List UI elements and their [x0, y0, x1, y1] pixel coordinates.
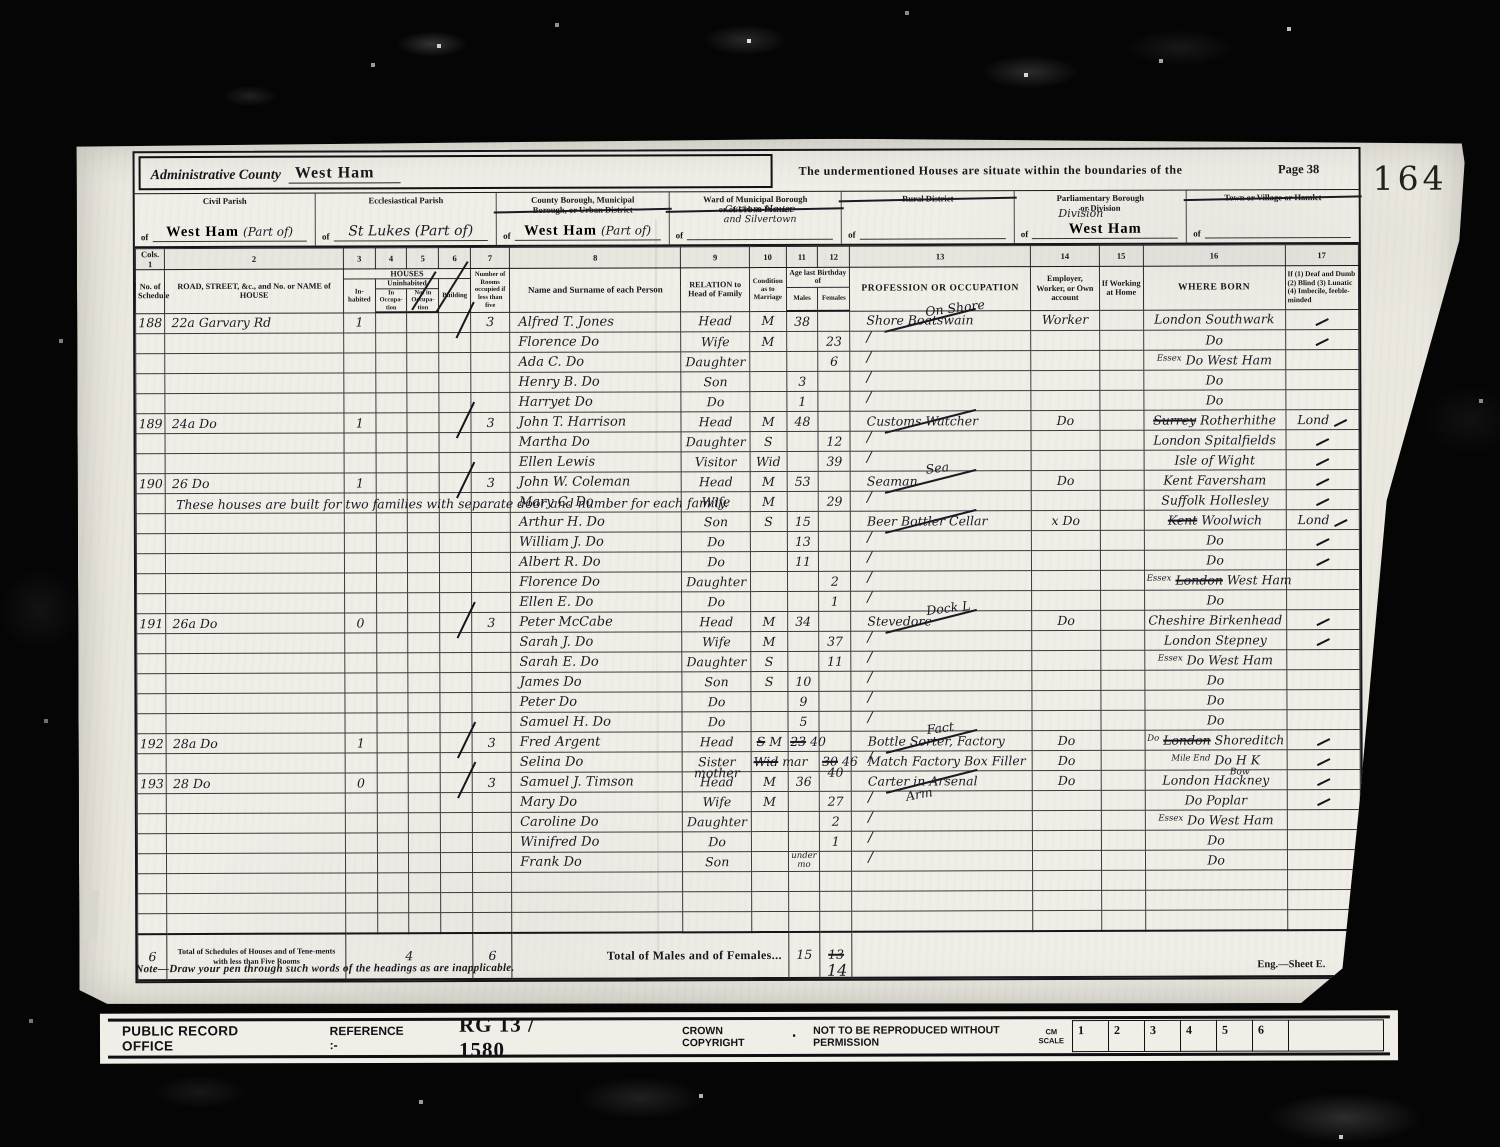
- cell-name: Caroline Do: [512, 812, 683, 833]
- cell-at-home: [1101, 830, 1145, 850]
- reproduction-notice: NOT TO BE REPRODUCED WITHOUT PERMISSION: [813, 1024, 1038, 1049]
- cell-rooms: [473, 852, 512, 872]
- cell-age-female: [819, 671, 851, 691]
- cell-uninhabited-not: [408, 513, 440, 533]
- cell-road: [165, 373, 344, 394]
- cell-uninhabited-not: [408, 553, 440, 573]
- col-males: Males: [786, 287, 818, 311]
- cell-inhabited: [345, 813, 377, 833]
- cell-schedule: [137, 694, 166, 714]
- cell-uninhabited-occ: [377, 753, 409, 773]
- cell-building: [440, 513, 472, 533]
- col-not-in-occupation: Not in Occupa-tion: [407, 289, 439, 313]
- scale-cell: 3: [1144, 1020, 1180, 1052]
- cell-where-born: London Stepney: [1144, 630, 1286, 650]
- cell-infirmity: [1286, 689, 1360, 709]
- cell-name: Florence Do: [510, 332, 681, 353]
- cell-employer: [1032, 670, 1101, 690]
- cell-occupation: /: [852, 811, 1033, 832]
- undermentioned-text: The undermentioned Houses are situate wi…: [773, 149, 1239, 191]
- cell-age-female: 37: [819, 631, 851, 651]
- cell-uninhabited-occ: [376, 433, 408, 453]
- cell-inhabited: 1: [344, 413, 376, 433]
- cell-employer: Do: [1031, 470, 1100, 490]
- cell-schedule: [136, 494, 165, 514]
- cell-name: Sarah J. Do: [511, 632, 682, 653]
- cell-condition: M: [751, 631, 788, 651]
- cell-where-born: Surrey Rotherhithe: [1144, 410, 1286, 430]
- cell-relation: Head: [681, 311, 750, 332]
- cell-where-born: Do: [1143, 370, 1285, 390]
- cell-where-born: Mile End Do H KBow: [1145, 750, 1287, 770]
- cell-uninhabited-not: [409, 773, 441, 793]
- cell-schedule: 193: [137, 774, 166, 794]
- cell-building: [440, 553, 472, 573]
- cell-schedule: [137, 594, 166, 614]
- cell-name: Harryet Do: [510, 392, 681, 413]
- cell-where-born: Essex Do West Ham: [1143, 350, 1285, 370]
- cell-road: These houses are built for two families …: [166, 493, 345, 514]
- cell-inhabited: [345, 793, 377, 813]
- cell-age-female: 12: [818, 431, 850, 451]
- cell-infirmity: [1286, 669, 1360, 689]
- cell-name: Martha Do: [510, 432, 681, 453]
- cell-condition: Wid: [750, 451, 787, 471]
- scale-cell-empty: [1288, 1019, 1384, 1051]
- cell-name: Ada C. Do: [510, 352, 681, 373]
- cell-age-male: 15: [787, 511, 819, 531]
- cell-uninhabited-not: [407, 393, 439, 413]
- cell-infirmity: [1285, 389, 1359, 409]
- cell-uninhabited-occ: [376, 453, 408, 473]
- record-office-label: PUBLIC RECORD OFFICE: [122, 1023, 274, 1053]
- cell-relation: Do: [681, 392, 750, 412]
- cell-relation: Wife: [683, 792, 752, 812]
- cell-uninhabited-occ: [376, 513, 408, 533]
- cell-schedule: [136, 454, 165, 474]
- cell-age-female: [819, 531, 851, 551]
- cell-employer: [1031, 370, 1100, 390]
- cell-where-born: Suffolk Hollesley: [1144, 490, 1286, 510]
- field-parliamentary-borough: Parliamentary Borough or Division of Div…: [1015, 191, 1188, 244]
- cell-condition: [750, 371, 787, 391]
- reference-label: REFERENCE :-: [330, 1024, 405, 1052]
- cell-uninhabited-not: [407, 433, 439, 453]
- cell-schedule: [137, 834, 166, 854]
- cell-employer: [1032, 790, 1101, 810]
- cell-inhabited: [345, 633, 377, 653]
- cell-inhabited: [344, 453, 376, 473]
- cell-infirmity: [1287, 809, 1361, 829]
- cell-rooms: [472, 752, 511, 772]
- cell-age-male: 53: [787, 471, 819, 491]
- cell-schedule: [136, 514, 165, 534]
- cell-uninhabited-occ: [377, 813, 409, 833]
- cell-infirmity: [1286, 569, 1360, 589]
- cell-employer: [1032, 570, 1101, 590]
- cell-infirmity: [1286, 629, 1360, 649]
- cell-rooms: [472, 572, 511, 592]
- cell-employer: [1032, 710, 1101, 730]
- footnote-text: Note—Draw your pen through such words of…: [135, 962, 514, 975]
- cell-uninhabited-not: [408, 633, 440, 653]
- cell-rooms: [471, 532, 510, 552]
- cell-age-female: 23: [818, 331, 850, 351]
- cell-condition: [751, 711, 788, 731]
- cell-infirmity: [1286, 429, 1360, 449]
- cell-road: [166, 673, 345, 694]
- cell-condition: M: [750, 411, 787, 431]
- torn-edge-sliver: [84, 889, 99, 940]
- cell-road: 22a Garvary Rd: [165, 313, 344, 334]
- cell-at-home: [1101, 770, 1145, 790]
- cell-schedule: [137, 854, 166, 874]
- col-age-group: Age last Birthday of: [786, 267, 850, 287]
- cell-employer: [1031, 330, 1100, 350]
- cell-inhabited: [345, 833, 377, 853]
- cell-building: [439, 393, 471, 413]
- cell-employer: Do: [1032, 750, 1101, 770]
- cell-road: [167, 793, 346, 814]
- cell-name: John W. Coleman: [510, 472, 681, 493]
- col-at-home: If Working at Home: [1099, 266, 1143, 310]
- cell-where-born: Do: [1144, 530, 1286, 550]
- cell-infirmity: [1286, 449, 1360, 469]
- cell-rooms: [472, 832, 511, 852]
- cell-uninhabited-not: [408, 613, 440, 633]
- cell-relation: Daughter: [682, 572, 751, 592]
- cell-at-home: [1100, 510, 1144, 530]
- cell-at-home: [1100, 570, 1144, 590]
- cell-building: [440, 633, 472, 653]
- cell-occupation: /: [851, 631, 1032, 652]
- check-mark: [1316, 618, 1329, 626]
- scale-cell: 1: [1072, 1020, 1108, 1052]
- cell-schedule: [137, 754, 166, 774]
- cell-road: [166, 693, 345, 714]
- cell-uninhabited-not: [409, 793, 441, 813]
- cell-schedule: [136, 374, 165, 394]
- cell-infirmity: [1287, 749, 1361, 769]
- cell-schedule: [136, 354, 165, 374]
- cell-occupation: Carter in ArsenalArm: [851, 771, 1032, 792]
- cell-name: Winifred Do: [512, 832, 683, 853]
- cell-employer: [1032, 530, 1101, 550]
- cell-uninhabited-occ: [377, 673, 409, 693]
- cell-name: Henry B. Do: [510, 372, 681, 393]
- cell-occupation: /: [851, 531, 1032, 552]
- cell-occupation: /: [851, 671, 1032, 692]
- cell-relation: Daughter: [681, 352, 750, 372]
- cell-uninhabited-not: [409, 833, 441, 853]
- scale-cell: 6: [1252, 1020, 1288, 1052]
- cell-uninhabited-occ: [377, 713, 409, 733]
- cell-relation: Son: [682, 672, 751, 692]
- cell-age-male: 9: [788, 691, 820, 711]
- cell-relation: Head: [682, 612, 751, 632]
- cell-uninhabited-not: [408, 473, 440, 493]
- cell-uninhabited-not: [407, 413, 439, 433]
- cell-age-male: 10: [787, 671, 819, 691]
- cell-schedule: [136, 394, 165, 414]
- cell-road: [167, 813, 346, 834]
- cell-at-home: [1101, 750, 1145, 770]
- cell-age-female: 1: [820, 831, 852, 851]
- cell-building: [440, 713, 472, 733]
- administrative-county-box: Administrative County West Ham: [139, 154, 773, 190]
- cell-schedule: [136, 534, 165, 554]
- scale-cell: 2: [1108, 1020, 1144, 1052]
- cell-age-female: 11: [819, 651, 851, 671]
- cell-age-male: 38: [786, 311, 818, 332]
- cell-schedule: [137, 634, 166, 654]
- cell-at-home: [1101, 670, 1145, 690]
- cell-building: [441, 853, 473, 873]
- cell-schedule: 190: [136, 474, 165, 494]
- cell-inhabited: 1: [345, 733, 377, 753]
- cell-relation: Do: [682, 592, 751, 612]
- cell-building: [441, 833, 473, 853]
- cell-occupation: Shore BoatswainOn Shore: [850, 310, 1031, 331]
- cell-age-male: under mo: [788, 851, 820, 871]
- cell-road: 26a Do: [166, 613, 345, 634]
- cell-at-home: [1099, 370, 1143, 390]
- cell-condition: S: [750, 431, 787, 451]
- cell-road: [165, 453, 344, 474]
- field-ecclesiastical-parish: Ecclesiastical Parish of St Lukes (Part …: [316, 193, 497, 246]
- cell-uninhabited-occ: [377, 853, 409, 873]
- cell-where-born: Do: [1144, 390, 1286, 410]
- cell-at-home: [1100, 450, 1144, 470]
- cell-employer: [1032, 650, 1101, 670]
- cell-at-home: [1100, 590, 1144, 610]
- cell-employer: [1031, 350, 1100, 370]
- cell-rooms: [471, 452, 510, 472]
- enumeration-rows: 18822a Garvary Rd13Alfred T. JonesHeadM3…: [136, 309, 1361, 934]
- cell-inhabited: [344, 433, 376, 453]
- cell-name: Arthur H. Do: [510, 512, 681, 533]
- cell-condition: S: [751, 671, 788, 691]
- cell-road: [166, 653, 345, 674]
- cell-at-home: [1101, 710, 1145, 730]
- col-relation: RELATION to Head of Family: [681, 268, 750, 312]
- cell-relation: Daughter: [683, 812, 752, 832]
- cell-infirmity: [1286, 529, 1360, 549]
- cell-inhabited: [344, 353, 376, 373]
- cell-schedule: [137, 654, 166, 674]
- cell-age-female: 2: [820, 811, 852, 831]
- check-mark: [1317, 778, 1330, 786]
- cell-employer: x Do: [1031, 510, 1100, 530]
- cell-inhabited: [344, 333, 376, 353]
- cell-uninhabited-not: [409, 733, 441, 753]
- field-civil-parish: Civil Parish of West Ham (Part of): [135, 194, 316, 247]
- check-mark: [1316, 458, 1329, 466]
- cell-relation: Do: [682, 532, 751, 552]
- cell-uninhabited-not: [409, 753, 441, 773]
- cell-rooms: [472, 552, 511, 572]
- cell-name: Albert R. Do: [511, 552, 682, 573]
- folio-number-stamp: 164: [1373, 159, 1448, 198]
- cell-employer: [1031, 430, 1100, 450]
- cell-relation: Sistermother: [683, 752, 752, 772]
- cell-age-male: [787, 651, 819, 671]
- cell-uninhabited-occ: [376, 413, 408, 433]
- census-page-scan: 164 Administrative County West Ham The u…: [76, 137, 1467, 1008]
- cell-age-female: [819, 471, 851, 491]
- cell-relation: Head: [682, 472, 751, 492]
- cell-building: [439, 333, 471, 353]
- cell-relation: Do: [682, 692, 751, 712]
- cell-schedule: [137, 574, 166, 594]
- cell-occupation: /: [851, 571, 1032, 592]
- cell-name: Fred Argent: [511, 732, 682, 753]
- cell-road: [165, 353, 344, 374]
- cell-name: Peter Do: [511, 692, 682, 713]
- cell-employer: Do: [1032, 610, 1101, 630]
- total-females-struck: 13: [828, 947, 844, 962]
- cell-relation: Son: [682, 512, 751, 532]
- cell-where-born: Do: [1145, 850, 1287, 870]
- cell-condition: S M: [751, 731, 788, 751]
- cell-condition: Wid mar: [751, 751, 788, 771]
- cell-occupation: /: [850, 491, 1031, 512]
- cell-inhabited: [344, 533, 376, 553]
- cell-infirmity: [1285, 309, 1359, 330]
- cell-infirmity: [1287, 709, 1361, 729]
- cell-schedule: [136, 554, 165, 574]
- cell-age-female: [818, 311, 850, 332]
- cell-infirmity: [1287, 729, 1361, 749]
- cell-condition: M: [749, 311, 786, 332]
- cell-name: John T. Harrison: [510, 412, 681, 433]
- cell-rooms: [471, 372, 510, 392]
- cell-road: 28 Do: [167, 773, 346, 794]
- cell-where-born: Do: [1145, 830, 1287, 850]
- cell-age-female: 6: [818, 351, 850, 371]
- cell-employer: Do: [1031, 410, 1100, 430]
- cell-rooms: [472, 692, 511, 712]
- cell-name: Alfred T. Jones: [510, 311, 681, 332]
- cell-road: [166, 553, 345, 574]
- cell-infirmity: [1286, 649, 1360, 669]
- cell-age-female: 30 4640: [820, 751, 852, 771]
- cell-where-born: Essex Do West Ham: [1145, 810, 1287, 830]
- cell-schedule: [136, 434, 165, 454]
- cell-uninhabited-not: [408, 653, 440, 673]
- cell-at-home: [1101, 730, 1145, 750]
- cell-schedule: 192: [137, 734, 166, 754]
- cell-inhabited: [345, 753, 377, 773]
- cell-uninhabited-occ: [375, 373, 407, 393]
- cell-employer: [1033, 850, 1102, 870]
- enumeration-table: Cols. 12 34 56 78 910 1112 1314 1516 17 …: [135, 244, 1362, 981]
- cell-where-born: Essex Do West Ham: [1144, 650, 1286, 670]
- cell-where-born: Do: [1145, 710, 1287, 730]
- cell-uninhabited-not: [408, 573, 440, 593]
- cell-name: Peter McCabe: [511, 612, 682, 633]
- cell-infirmity: [1287, 849, 1361, 869]
- cell-employer: Do: [1032, 770, 1101, 790]
- cell-age-male: 23 40: [788, 731, 820, 751]
- cell-occupation: /: [850, 391, 1031, 412]
- cell-building: [439, 373, 471, 393]
- cell-at-home: [1100, 490, 1144, 510]
- cell-road: [166, 533, 345, 554]
- cell-age-male: [786, 351, 818, 371]
- cell-infirmity: [1286, 469, 1360, 489]
- cell-infirmity: [1286, 589, 1360, 609]
- cell-infirmity: [1285, 329, 1359, 349]
- cell-relation: Wife: [681, 332, 750, 352]
- cell-road: [166, 713, 345, 734]
- cell-age-female: [818, 371, 850, 391]
- cell-uninhabited-not: [409, 813, 441, 833]
- cell-condition: [751, 851, 788, 871]
- cell-where-born: Isle of Wight: [1144, 450, 1286, 470]
- cell-relation: Do: [682, 552, 751, 572]
- cell-age-female: [819, 731, 851, 751]
- cell-where-born: Do: [1144, 590, 1286, 610]
- cell-condition: [750, 531, 787, 551]
- cell-inhabited: [344, 373, 376, 393]
- cell-name: Sarah E. Do: [511, 652, 682, 673]
- cell-road: [166, 593, 345, 614]
- sheet-mark: Eng.—Sheet E.: [1257, 959, 1359, 971]
- cell-road: [166, 513, 345, 534]
- cell-at-home: [1100, 390, 1144, 410]
- total-schedules: 6: [149, 949, 157, 964]
- cell-condition: M: [751, 791, 788, 811]
- cell-uninhabited-occ: [376, 473, 408, 493]
- cell-road: [166, 573, 345, 594]
- cell-age-male: [788, 831, 820, 851]
- cell-inhabited: [345, 653, 377, 673]
- cell-relation: Head: [681, 412, 750, 432]
- cell-schedule: [137, 814, 166, 834]
- cell-uninhabited-occ: [375, 333, 407, 353]
- cell-infirmity: [1286, 609, 1360, 629]
- cell-age-male: 11: [787, 551, 819, 571]
- cell-at-home: [1099, 350, 1143, 370]
- col-road: ROAD, STREET, &c., and No. or NAME of HO…: [165, 269, 344, 313]
- total-males: 15: [796, 947, 812, 962]
- cell-building: [441, 793, 473, 813]
- cell-age-female: 27: [820, 791, 852, 811]
- cell-employer: [1031, 390, 1100, 410]
- cell-age-male: 36: [788, 771, 820, 791]
- cell-age-male: 5: [788, 711, 820, 731]
- cell-schedule: 189: [136, 414, 165, 434]
- cell-age-male: [787, 591, 819, 611]
- cell-inhabited: [345, 713, 377, 733]
- cell-name: William J. Do: [511, 532, 682, 553]
- cell-rooms: [472, 712, 511, 732]
- col-females: Females: [818, 287, 850, 311]
- cell-schedule: [137, 794, 166, 814]
- cell-where-born: Kent Woolwich: [1144, 510, 1286, 530]
- cell-at-home: [1101, 690, 1145, 710]
- cell-where-born: London Hackney: [1145, 770, 1287, 790]
- cell-occupation: /: [852, 831, 1033, 852]
- pro-reference-inner: PUBLIC RECORD OFFICE REFERENCE :- RG 13 …: [108, 1015, 1390, 1058]
- cell-infirmity: [1285, 349, 1359, 369]
- check-mark: [1316, 438, 1329, 446]
- cell-inhabited: [344, 513, 376, 533]
- col-condition: Condition as to Marriage: [749, 267, 786, 311]
- cell-age-male: 13: [787, 531, 819, 551]
- check-mark: [1315, 318, 1328, 326]
